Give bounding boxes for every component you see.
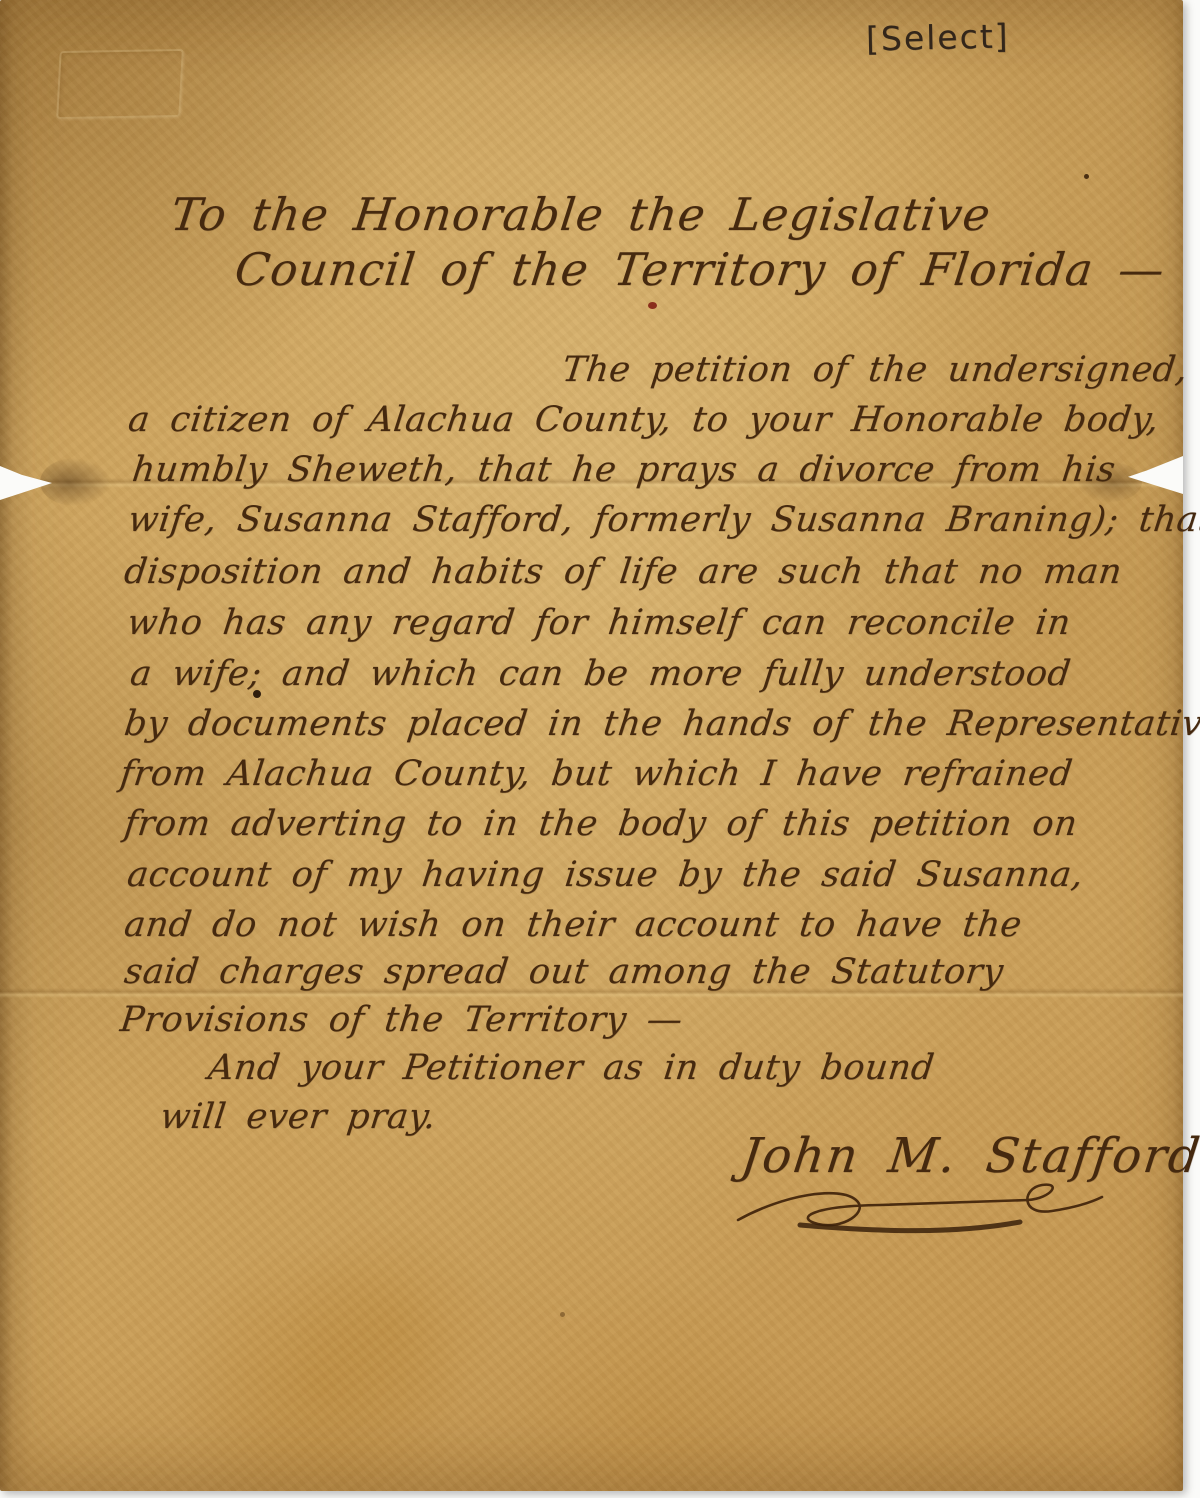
signature-flourish: [730, 1178, 1110, 1242]
manuscript-line: will ever pray.: [158, 1097, 438, 1137]
tear-smudge: [1078, 462, 1142, 502]
manuscript-line: who has any regard for himself can recon…: [125, 603, 1073, 643]
heading-line: To the Honorable the Legislative: [168, 188, 994, 241]
manuscript-line: said charges spread out among the Statut…: [122, 952, 1006, 992]
manuscript-line: And your Petitioner as in duty bound: [206, 1048, 937, 1088]
scanned-document-page: [Select] To the Honorable the Legislativ…: [0, 0, 1200, 1498]
select-annotation: [Select]: [866, 17, 1010, 59]
manuscript-line: from Alachua County, but which I have re…: [118, 754, 1075, 794]
heading-line: Council of the Territory of Florida —: [232, 243, 1168, 296]
manuscript-line: Provisions of the Territory —: [118, 1000, 685, 1040]
tear-smudge: [40, 458, 110, 506]
manuscript-line: from adverting to in the body of this pe…: [122, 804, 1080, 844]
red-ink-speck: [648, 302, 657, 309]
paper-speck: [560, 1312, 565, 1317]
manuscript-line: by documents placed in the hands of the …: [122, 704, 1200, 744]
manuscript-line: disposition and habits of life are such …: [122, 552, 1124, 592]
signature: John M. Stafford: [738, 1128, 1200, 1184]
manuscript-paper: [Select] To the Honorable the Legislativ…: [0, 0, 1183, 1491]
manuscript-line: a citizen of Alachua County, to your Hon…: [126, 400, 1161, 440]
manuscript-line: and do not wish on their account to have…: [122, 905, 1024, 945]
manuscript-line: humbly Sheweth, that he prays a divorce …: [130, 450, 1118, 490]
manuscript-line: account of my having issue by the said S…: [125, 855, 1086, 895]
manuscript-line: wife, Susanna Stafford, formerly Susanna…: [126, 500, 1200, 540]
ink-speck: [1084, 174, 1089, 179]
embossed-stamp: [56, 49, 184, 119]
ink-blot: [253, 690, 261, 698]
manuscript-line: a wife; and which can be more fully unde…: [128, 654, 1073, 694]
manuscript-line: The petition of the undersigned,: [560, 350, 1190, 390]
